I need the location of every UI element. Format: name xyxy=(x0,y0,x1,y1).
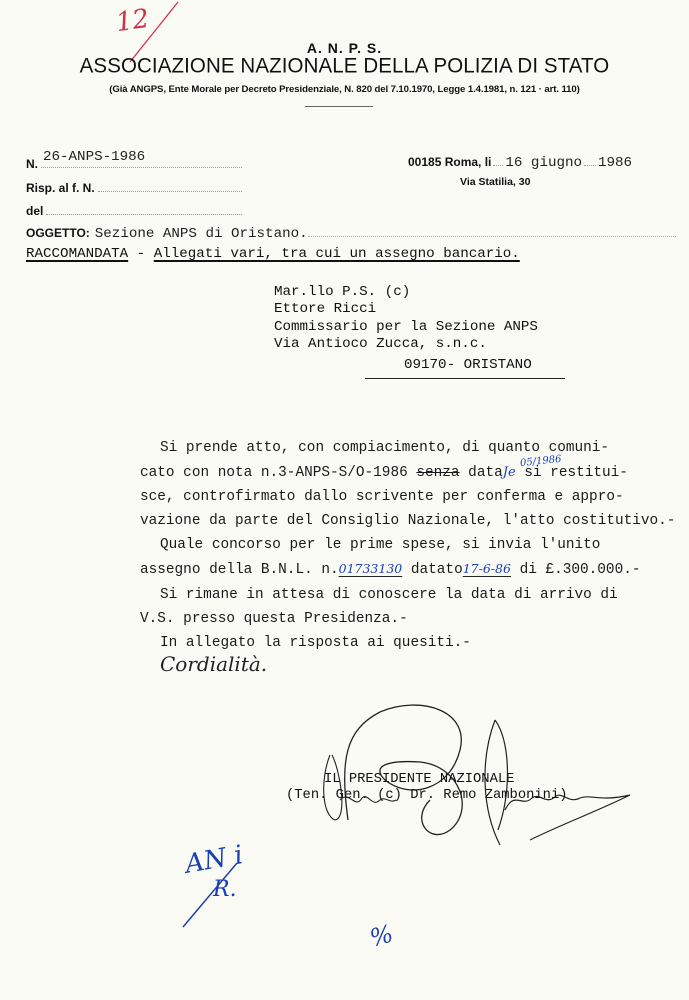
reply-reference-label: Risp. al f. N. xyxy=(26,181,95,195)
handwritten-correction: Je xyxy=(503,465,516,480)
struck-word: senza xyxy=(416,465,459,481)
sender-street: Via Statilia, 30 xyxy=(460,176,530,188)
body-line: vazione da parte del Consiglio Nazionale… xyxy=(140,513,675,529)
reply-reference-field: Risp. al f. N. xyxy=(26,179,242,195)
recipient-line: Mar.llo P.S. (c) xyxy=(274,284,538,301)
reply-date-field: del xyxy=(26,202,242,218)
body-line: V.S. presso questa Presidenza.- xyxy=(140,611,408,627)
body-line: cato con nota n.3-ANPS-S/O-1986 senza da… xyxy=(140,465,628,481)
place-date: 00185 Roma, li 16 giugno 1986 xyxy=(408,155,678,171)
recipient-line: Ettore Ricci xyxy=(274,301,538,318)
recipient-address: Mar.llo P.S. (c)Ettore RicciCommissario … xyxy=(274,284,538,353)
letterhead-organization: ASSOCIAZIONE NAZIONALE DELLA POLIZIA DI … xyxy=(0,53,689,78)
handwritten-mark: % xyxy=(367,920,396,953)
cheque-date: 17-6-86 xyxy=(463,561,511,576)
subject-line: OGGETTO: Sezione ANPS di Oristano. xyxy=(26,224,676,242)
protocol-number-value: 26-ANPS-1986 xyxy=(43,149,145,165)
body-line: Si prende atto, con compiacimento, di qu… xyxy=(160,440,609,456)
recipient-underline xyxy=(365,378,565,379)
letterhead-divider xyxy=(305,106,373,107)
protocol-number-field: N. 26-ANPS-1986 xyxy=(26,155,242,171)
protocol-number-label: N. xyxy=(26,157,38,171)
letter-date: 16 giugno xyxy=(505,155,582,171)
place-label: 00185 Roma, li xyxy=(408,155,491,169)
page-mark-number: 12 xyxy=(114,4,151,38)
body-line: Quale concorso per le prime spese, si in… xyxy=(160,537,600,553)
body-line: Si rimane in attesa di conoscere la data… xyxy=(160,587,618,603)
cheque-number: 01733130 xyxy=(339,561,403,576)
body-line: sce, controfirmato dallo scrivente per c… xyxy=(140,489,624,505)
subject-label: OGGETTO: xyxy=(26,226,90,240)
registered-note: Allegati vari, tra cui un assegno bancar… xyxy=(154,246,520,262)
letterhead-legal-note: (Già ANGPS, Ente Morale per Decreto Pres… xyxy=(0,84,689,95)
recipient-line: Via Antioco Zucca, s.n.c. xyxy=(274,336,538,353)
body-line: In allegato la risposta ai quesiti.- xyxy=(160,635,471,651)
subject-value: Sezione ANPS di Oristano. xyxy=(95,226,308,242)
recipient-city: 09170- ORISTANO xyxy=(404,357,532,373)
recipient-line: Commissario per la Sezione ANPS xyxy=(274,319,538,336)
registered-label: RACCOMANDATA xyxy=(26,246,128,262)
handwritten-initials: AN i R. xyxy=(175,845,295,935)
registered-mail-line: RACCOMANDATA - Allegati vari, tra cui un… xyxy=(26,246,520,262)
signature-scribble-icon xyxy=(300,700,640,850)
letter-year: 1986 xyxy=(598,155,632,171)
handwritten-closing: Cordialità. xyxy=(160,652,267,676)
reply-date-label: del xyxy=(26,204,43,218)
body-line: assegno della B.N.L. n.01733130 datato17… xyxy=(140,561,640,578)
